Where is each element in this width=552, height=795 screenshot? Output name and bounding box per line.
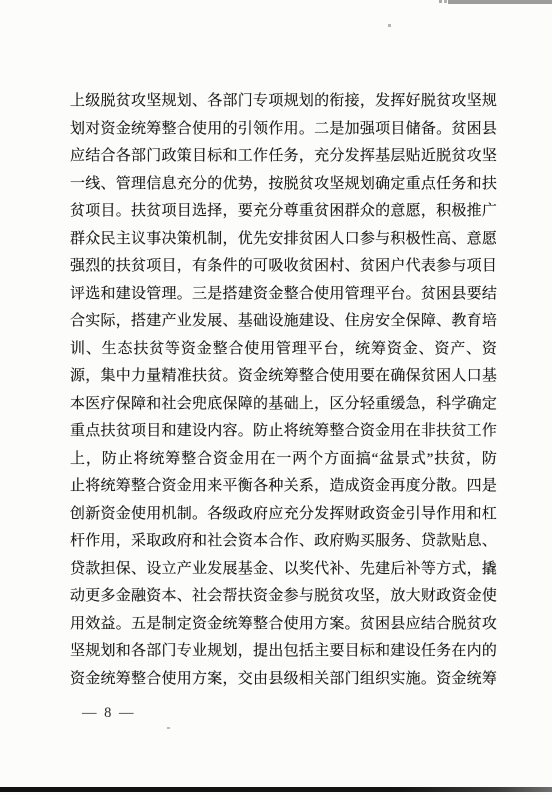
text-line: 坚规划和各部门专业规划，提出包括主要目标和建设任务在内的 — [70, 638, 497, 666]
scan-speck — [167, 727, 170, 729]
text-line: 贫项目。扶贫项目选择，要充分尊重贫困群众的意愿，积极推广 — [70, 198, 497, 226]
scan-speck — [388, 24, 391, 27]
text-line: 群众民主议事决策机制，优先安排贫困人口参与积极性高、意愿 — [70, 226, 497, 254]
document-page: 上级脱贫攻坚规划、各部门专项规划的衔接，发挥好脱贫攻坚规 划对资金统筹整合使用的… — [0, 0, 552, 795]
text-line: 源，集中力量精准扶贫。资金统筹整合使用要在确保贫困人口基 — [70, 363, 497, 391]
text-line: 用效益。五是制定资金统筹整合使用方案。贫困县应结合脱贫攻 — [70, 611, 497, 639]
scan-speck — [439, 0, 442, 3]
scan-speck — [444, 0, 447, 3]
text-line: 合实际，搭建产业发展、基础设施建设、住房安全保障、教育培 — [70, 308, 497, 336]
scan-edge-artifact-bottom — [0, 787, 552, 792]
scan-edge-artifact-top — [448, 0, 552, 4]
text-line: 上级脱贫攻坚规划、各部门专项规划的衔接，发挥好脱贫攻坚规 — [70, 88, 497, 116]
text-line: 评选和建设管理。三是搭建资金整合使用管理平台。贫困县要结 — [70, 281, 497, 309]
text-line: 创新资金使用机制。各级政府应充分发挥财政资金引导作用和杠 — [70, 501, 497, 529]
text-line: 强烈的扶贫项目，有条件的可吸收贫困村、贫困户代表参与项目 — [70, 253, 497, 281]
text-line: 动更多金融资本、社会帮扶资金参与脱贫攻坚，放大财政资金使 — [70, 583, 497, 611]
text-line: 应结合各部门政策目标和工作任务，充分发挥基层贴近脱贫攻坚 — [70, 143, 497, 171]
text-line: 本医疗保障和社会兜底保障的基础上，区分轻重缓急，科学确定 — [70, 391, 497, 419]
page-number: — 8 — — [82, 705, 136, 722]
text-line: 训、生态扶贫等资金整合使用管理平台，统筹资金、资产、资 — [70, 336, 497, 364]
text-line: 重点扶贫项目和建设内容。防止将统筹整合资金用在非扶贫工作 — [70, 418, 497, 446]
text-line: 杆作用，采取政府和社会资本合作、政府购买服务、贷款贴息、 — [70, 528, 497, 556]
text-line: 一线、管理信息充分的优势，按脱贫攻坚规划确定重点任务和扶 — [70, 171, 497, 199]
text-line: 止将统筹整合资金用来平衡各种关系，造成资金再度分散。四是 — [70, 473, 497, 501]
text-line: 资金统筹整合使用方案，交由县级相关部门组织实施。资金统筹 — [70, 666, 497, 694]
text-line: 上，防止将统筹整合资金用在一两个方面搞“盆景式”扶贫，防 — [70, 446, 497, 474]
text-line: 贷款担保、设立产业发展基金、以奖代补、先建后补等方式，撬 — [70, 556, 497, 584]
body-text: 上级脱贫攻坚规划、各部门专项规划的衔接，发挥好脱贫攻坚规 划对资金统筹整合使用的… — [70, 88, 497, 693]
text-line: 划对资金统筹整合使用的引领作用。二是加强项目储备。贫困县 — [70, 116, 497, 144]
